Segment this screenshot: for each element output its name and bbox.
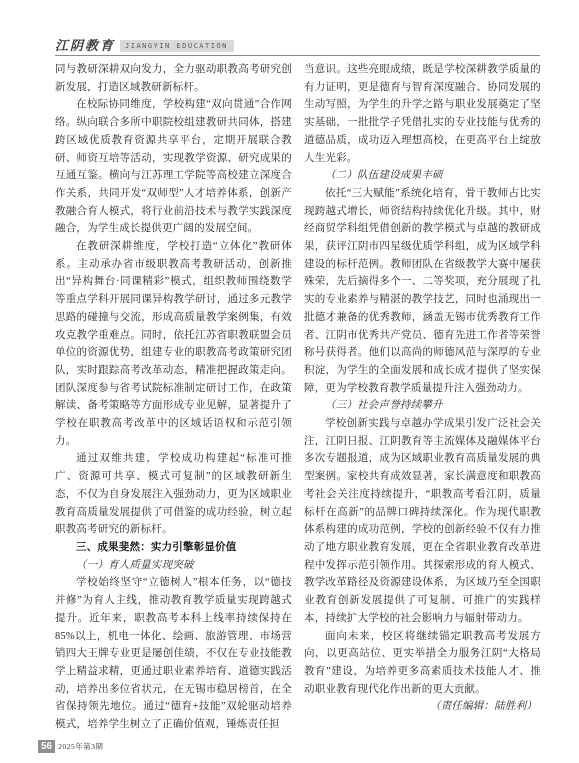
- article-body: 同与教研深耕双向发力，全力驱动职教高考研究创新发展，打造区域教研新标杆。 在校际…: [55, 61, 541, 737]
- magazine-title-english: JIANGYIN EDUCATION: [120, 40, 234, 52]
- magazine-title: 江阴教育: [55, 39, 115, 54]
- page-footer: 56 2025年第3期: [38, 740, 103, 753]
- paragraph-continued: 当意识。这些亮眼成绩，既是学校深耕教学质量的有力证明，更是德育与智育深度融合、协…: [304, 61, 541, 167]
- left-column: 同与教研深耕双向发力，全力驱动职教高考研究创新发展，打造区域教研新标杆。 在校际…: [55, 61, 292, 737]
- header-divider: [55, 55, 540, 56]
- section-heading: 三、成果斐然：实力引擎彰显价值: [55, 539, 292, 557]
- page-header: 江阴教育JIANGYIN EDUCATION: [55, 35, 234, 55]
- paragraph-continued: 同与教研深耕双向发力，全力驱动职教高考研究创新发展，打造区域教研新标杆。: [55, 61, 292, 96]
- issue-label: 2025年第3期: [58, 741, 103, 752]
- paragraph: 学校创新实践与卓越办学成果引发广泛社会关注，江阴日报、江阴教育等主流媒体及融媒体…: [304, 415, 541, 627]
- magazine-page: 江阴教育JIANGYIN EDUCATION 同与教研深耕双向发力，全力驱动职教…: [0, 0, 579, 763]
- paragraph: 在教研深耕维度，学校打造“立体化”教研体系。主动承办省市级职教高考教研活动，创新…: [55, 238, 292, 450]
- sub-heading: （二）队伍建设成果丰硕: [304, 167, 541, 185]
- sub-heading: （三）社会声誉持续攀升: [304, 397, 541, 415]
- right-column: 当意识。这些亮眼成绩，既是学校深耕教学质量的有力证明，更是德育与智育深度融合、协…: [304, 61, 541, 737]
- paragraph: 面向未来，校区将继续锚定职教高考发展方向，以更高站位、更实举措全力服务江阴“大格…: [304, 628, 541, 699]
- editor-credit: （责任编辑：陆胜利）: [304, 698, 541, 716]
- paragraph: 依托“三大赋能”系统化培育，骨干教师占比实现跨越式增长，师资结构持续优化升级。其…: [304, 185, 541, 397]
- paragraph: 通过双维共建，学校成功构建起“标准可推广、资源可共享、模式可复制”的区域教研新生…: [55, 450, 292, 539]
- sub-heading: （一）育人质量实现突破: [55, 557, 292, 575]
- paragraph: 学校始终坚守“立德树人”根本任务，以“德技并修”为育人主线，推动教育教学质量实现…: [55, 574, 292, 733]
- page-number-badge: 56: [38, 740, 55, 753]
- paragraph: 在校际协同维度，学校构建“双向贯通”合作网络。纵向联合多所中职院校组建教研共同体…: [55, 96, 292, 238]
